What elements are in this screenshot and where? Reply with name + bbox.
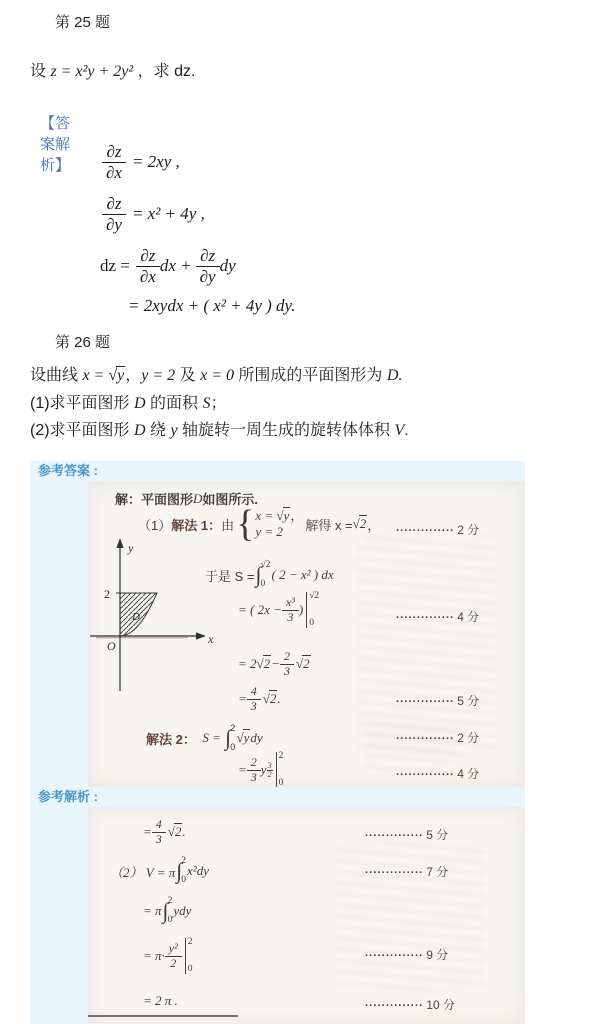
formula-dz-dx: ∂z∂x = 2xy , [102,138,180,186]
evaluation-bar: √20 [306,592,319,628]
math-run: D [134,395,146,412]
score-label: 2 分 [457,731,479,745]
score-5pts: ··············5 分 [396,692,479,709]
evaluation-bar: 20 [185,938,193,974]
integral: ∫20 [163,897,173,925]
text-run: (1)求平面图形 [30,395,134,412]
upper-limit: √2 [261,561,271,571]
lower-limit: 0 [309,619,319,629]
math-run: = 2 [238,656,257,672]
reference-answer-header: 参考答案 : [30,461,525,481]
fraction-4-3: 43 [247,685,261,712]
integral: ∫20 [176,857,186,885]
text-run: 所围成的平面图形为 [234,367,387,384]
integrand: ( 2 − x² ) dx [272,567,334,583]
frac-den: ∂y [196,267,220,286]
lower-limit: 0 [230,743,235,753]
integral: ∫√20 [256,561,271,589]
formula-lead: dz = [100,256,130,276]
sqrt-2: √2 [296,656,311,672]
score-label: 5 分 [457,694,479,708]
region-label: D [131,611,140,623]
score-label: 2 分 [457,523,479,537]
text-run: 由 [221,515,234,534]
score-2pts: ··············2 分 [396,729,479,746]
reference-answer-box: 解：平面图形 D 如图所示. （1） 解法 1： 由 { x = √y， y =… [30,481,525,787]
reference-analysis-header: 参考解析 : [30,787,525,807]
score-4pts: ··············4 分 [396,608,479,625]
math-run: x = [82,367,108,384]
dot-leader: ·············· [365,867,423,879]
question-26-title: 第 26 题 [55,331,110,352]
frac-den: ∂y [102,215,126,234]
formula-result: = 2xydx + ( x² + 4y ) dy. [128,294,295,318]
score-label: 4 分 [457,767,479,781]
reference-analysis-box: = 43 √2 . ··············5 分 （2） V = π ∫2… [30,807,525,1024]
question-25-title: 第 25 题 [55,11,110,32]
area-result-repeat-line: = 43 √2 . [143,817,186,847]
y-axis-arrow [116,538,123,548]
dot-leader: ·············· [365,1000,423,1012]
question-26-line1: 设曲线 x = √y，y = 2 及 x = 0 所围成的平面图形为 D. [30,362,402,385]
math-run: = [143,824,152,840]
fraction-4-3: 43 [152,818,166,845]
document-page: 第 25 题 设 z = x²y + 2y² ，求 dz. 【答 案解 析】 ∂… [0,0,598,1024]
formula-tail: dy [220,256,236,276]
answer-label-line1: 【答 [40,113,96,134]
math-run: D [193,491,202,507]
scan-edge-line-artifact [88,1015,238,1017]
dot-leader: ·············· [396,612,454,624]
equation-system: { x = √y， y = 2 [236,507,303,541]
volume-integral-line: （2） V = π ∫20 x²dy [110,857,209,885]
method2-antiderivative-line: = 23 y32 20 [238,753,283,787]
antiderivative-line: = ( 2x − x³3 ) √20 [238,589,319,631]
case-2: y = 2 [255,524,303,540]
answer-label-line2: 案解 [40,134,96,155]
text-run: 解：平面图形 [115,489,193,508]
score-4pts: ··············4 分 [396,765,479,782]
sqrt-2: √2 [168,824,183,840]
question-26-line3: (2)求平面图形 D 绕 y 轴旋转一周生成的旋转体体积 V. [30,417,409,440]
dot-leader: ·············· [396,696,454,708]
dot-leader: ·············· [365,830,423,842]
sqrt-y: √y [236,730,250,746]
q25-problem-pre: 设 [30,63,50,80]
math-run: V [395,422,405,439]
case-1: x = √y， [255,508,303,524]
frac-num: ∂z [102,194,126,214]
sqrt-2: √2 [257,656,272,672]
lower-limit: 0 [188,965,193,975]
formula-rhs: = x² + 4y , [132,204,205,224]
lower-limit: 0 [261,580,271,590]
text-run: . [404,422,408,439]
frac-num: ∂z [196,246,220,266]
text-run: 解得 x = [305,515,352,534]
frac-num: ∂z [102,142,126,162]
math-run: dy [250,730,262,746]
q25-problem-math: z = x²y + 2y² [50,63,133,80]
score-2pts: ··············2 分 [396,521,479,538]
fraction-dz-dx: ∂z∂x [136,246,160,285]
radicand: y [116,366,125,384]
text-run: 及 [175,367,200,384]
fraction-x3-3: x³3 [282,596,299,623]
score-label: 5 分 [426,828,448,842]
method2-label: 解法 2： [146,729,196,748]
score-5pts: ··············5 分 [365,826,448,843]
upper-limit: 2 [181,857,186,867]
origin-label: O [107,639,116,653]
upper-limit: 2 [279,752,284,762]
upper-limit: 2 [230,724,235,734]
math-run: = π· [143,948,165,964]
formula-dz-dy: ∂z∂y = x² + 4y , [102,190,205,238]
math-run: S = [196,730,224,746]
text-run: 轴旋转一周生成的旋转体体积 [178,422,395,439]
text-run: ， [367,515,380,534]
system-cases: x = √y， y = 2 [255,508,303,540]
fraction-2-3: 23 [280,650,294,677]
math-run: . [277,691,280,707]
frac-den: ∂x [136,267,160,286]
fraction-y2-2: y²2 [165,942,182,969]
y-tick-label: 2 [104,587,110,601]
upper-limit: 2 [188,938,193,948]
text-run: （1） [138,515,171,534]
math-run: x = 0 [200,367,234,384]
math-run: = ( 2x − [238,602,282,618]
area-result-line: = 43 √2 . [238,684,281,714]
method1-label: 解法 1： [171,515,221,534]
brace-glyph: { [236,507,254,541]
region-d-figure: 2 y x O D [88,536,218,696]
score-7pts: ··············7 分 [365,863,448,880]
exponent-3-2: 32 [267,762,273,779]
score-label: 7 分 [426,865,448,879]
math-run: − [271,656,280,672]
dot-leader: ·············· [396,769,454,781]
fraction-2-3: 23 [247,756,261,783]
answer-analysis-label: 【答 案解 析】 [40,113,96,176]
y-axis-label: y [127,541,134,555]
sqrt-2: √2 [263,691,278,707]
score-label: 10 分 [426,998,455,1012]
score-10pts: ··············10 分 [365,996,455,1013]
simplify-line: = 2√2 − 23 √2 [238,649,311,679]
x-axis-label: x [207,632,214,646]
math-run: = π [143,903,162,919]
sqrt-2: √2 [353,516,368,532]
math-run: D [134,422,146,439]
dot-leader: ·············· [365,950,423,962]
fraction-dz-dy: ∂z∂y [196,246,220,285]
q25-problem-post: ，求 dz. [133,63,195,80]
integrand: x²dy [187,863,209,879]
score-label: 4 分 [457,610,479,624]
answer-scan-image: 解：平面图形 D 如图所示. （1） 解法 1： 由 { x = √y， y =… [88,481,525,787]
text-run: 的面积 [146,395,203,412]
math-run: y [170,422,177,439]
question-25-problem: 设 z = x²y + 2y² ，求 dz. [30,58,195,81]
score-label: 9 分 [426,948,448,962]
score-9pts: ··············9 分 [365,946,448,963]
math-run: ) [299,602,303,618]
volume-antiderivative-line: = π· y²2 20 [143,935,192,977]
method2-line: 解法 2： S = ∫20 √ydy [146,724,263,752]
math-run: D. [387,367,403,384]
math-run: = [238,691,247,707]
integral: ∫20 [225,724,235,752]
formula-rhs: = 2xy , [132,152,180,172]
text-run: 绕 [146,422,171,439]
math-run: = 2 π . [143,993,178,1009]
evaluation-bar: 20 [276,752,284,788]
formula-total-differential: dz = ∂z∂x dx + ∂z∂y dy [100,242,236,290]
upper-limit: √2 [309,592,319,602]
text-run: 于是 S = [205,566,255,585]
math-run: . [182,824,185,840]
frac-num: ∂z [136,246,160,266]
formula-mid: dx + [160,256,192,276]
text-run: 设曲线 [30,367,82,384]
answer-label-line3: 析】 [40,155,96,176]
analysis-scan-image: = 43 √2 . ··············5 分 （2） V = π ∫2… [88,807,525,1024]
text-run: ； [210,395,226,412]
area-integral-line: 于是 S = ∫√20 ( 2 − x² ) dx [205,561,334,589]
fraction-dz-dx: ∂z∂x [102,142,126,181]
lower-limit: 0 [168,916,173,926]
math-run: （2） V = π [110,862,175,881]
math-run: = [238,762,247,778]
integrand: ydy [173,903,191,919]
dot-leader: ·············· [396,733,454,745]
formula-text: = 2xydx + ( x² + 4y ) dy. [128,296,295,316]
x-axis-arrow [196,632,206,639]
text-run: ， [125,367,141,384]
text-run: (2)求平面图形 [30,422,134,439]
dot-leader: ·············· [396,525,454,537]
upper-limit: 2 [168,897,173,907]
math-run: y = 2 [141,367,175,384]
volume-result-line: = 2 π . [143,993,178,1009]
fraction-dz-dy: ∂z∂y [102,194,126,233]
question-26-line2: (1)求平面图形 D 的面积 S； [30,390,227,413]
frac-den: ∂x [102,163,126,182]
lower-limit: 0 [181,876,186,886]
volume-substitution-line: = π ∫20 ydy [143,897,191,925]
sqrt-y: √y [108,367,125,384]
